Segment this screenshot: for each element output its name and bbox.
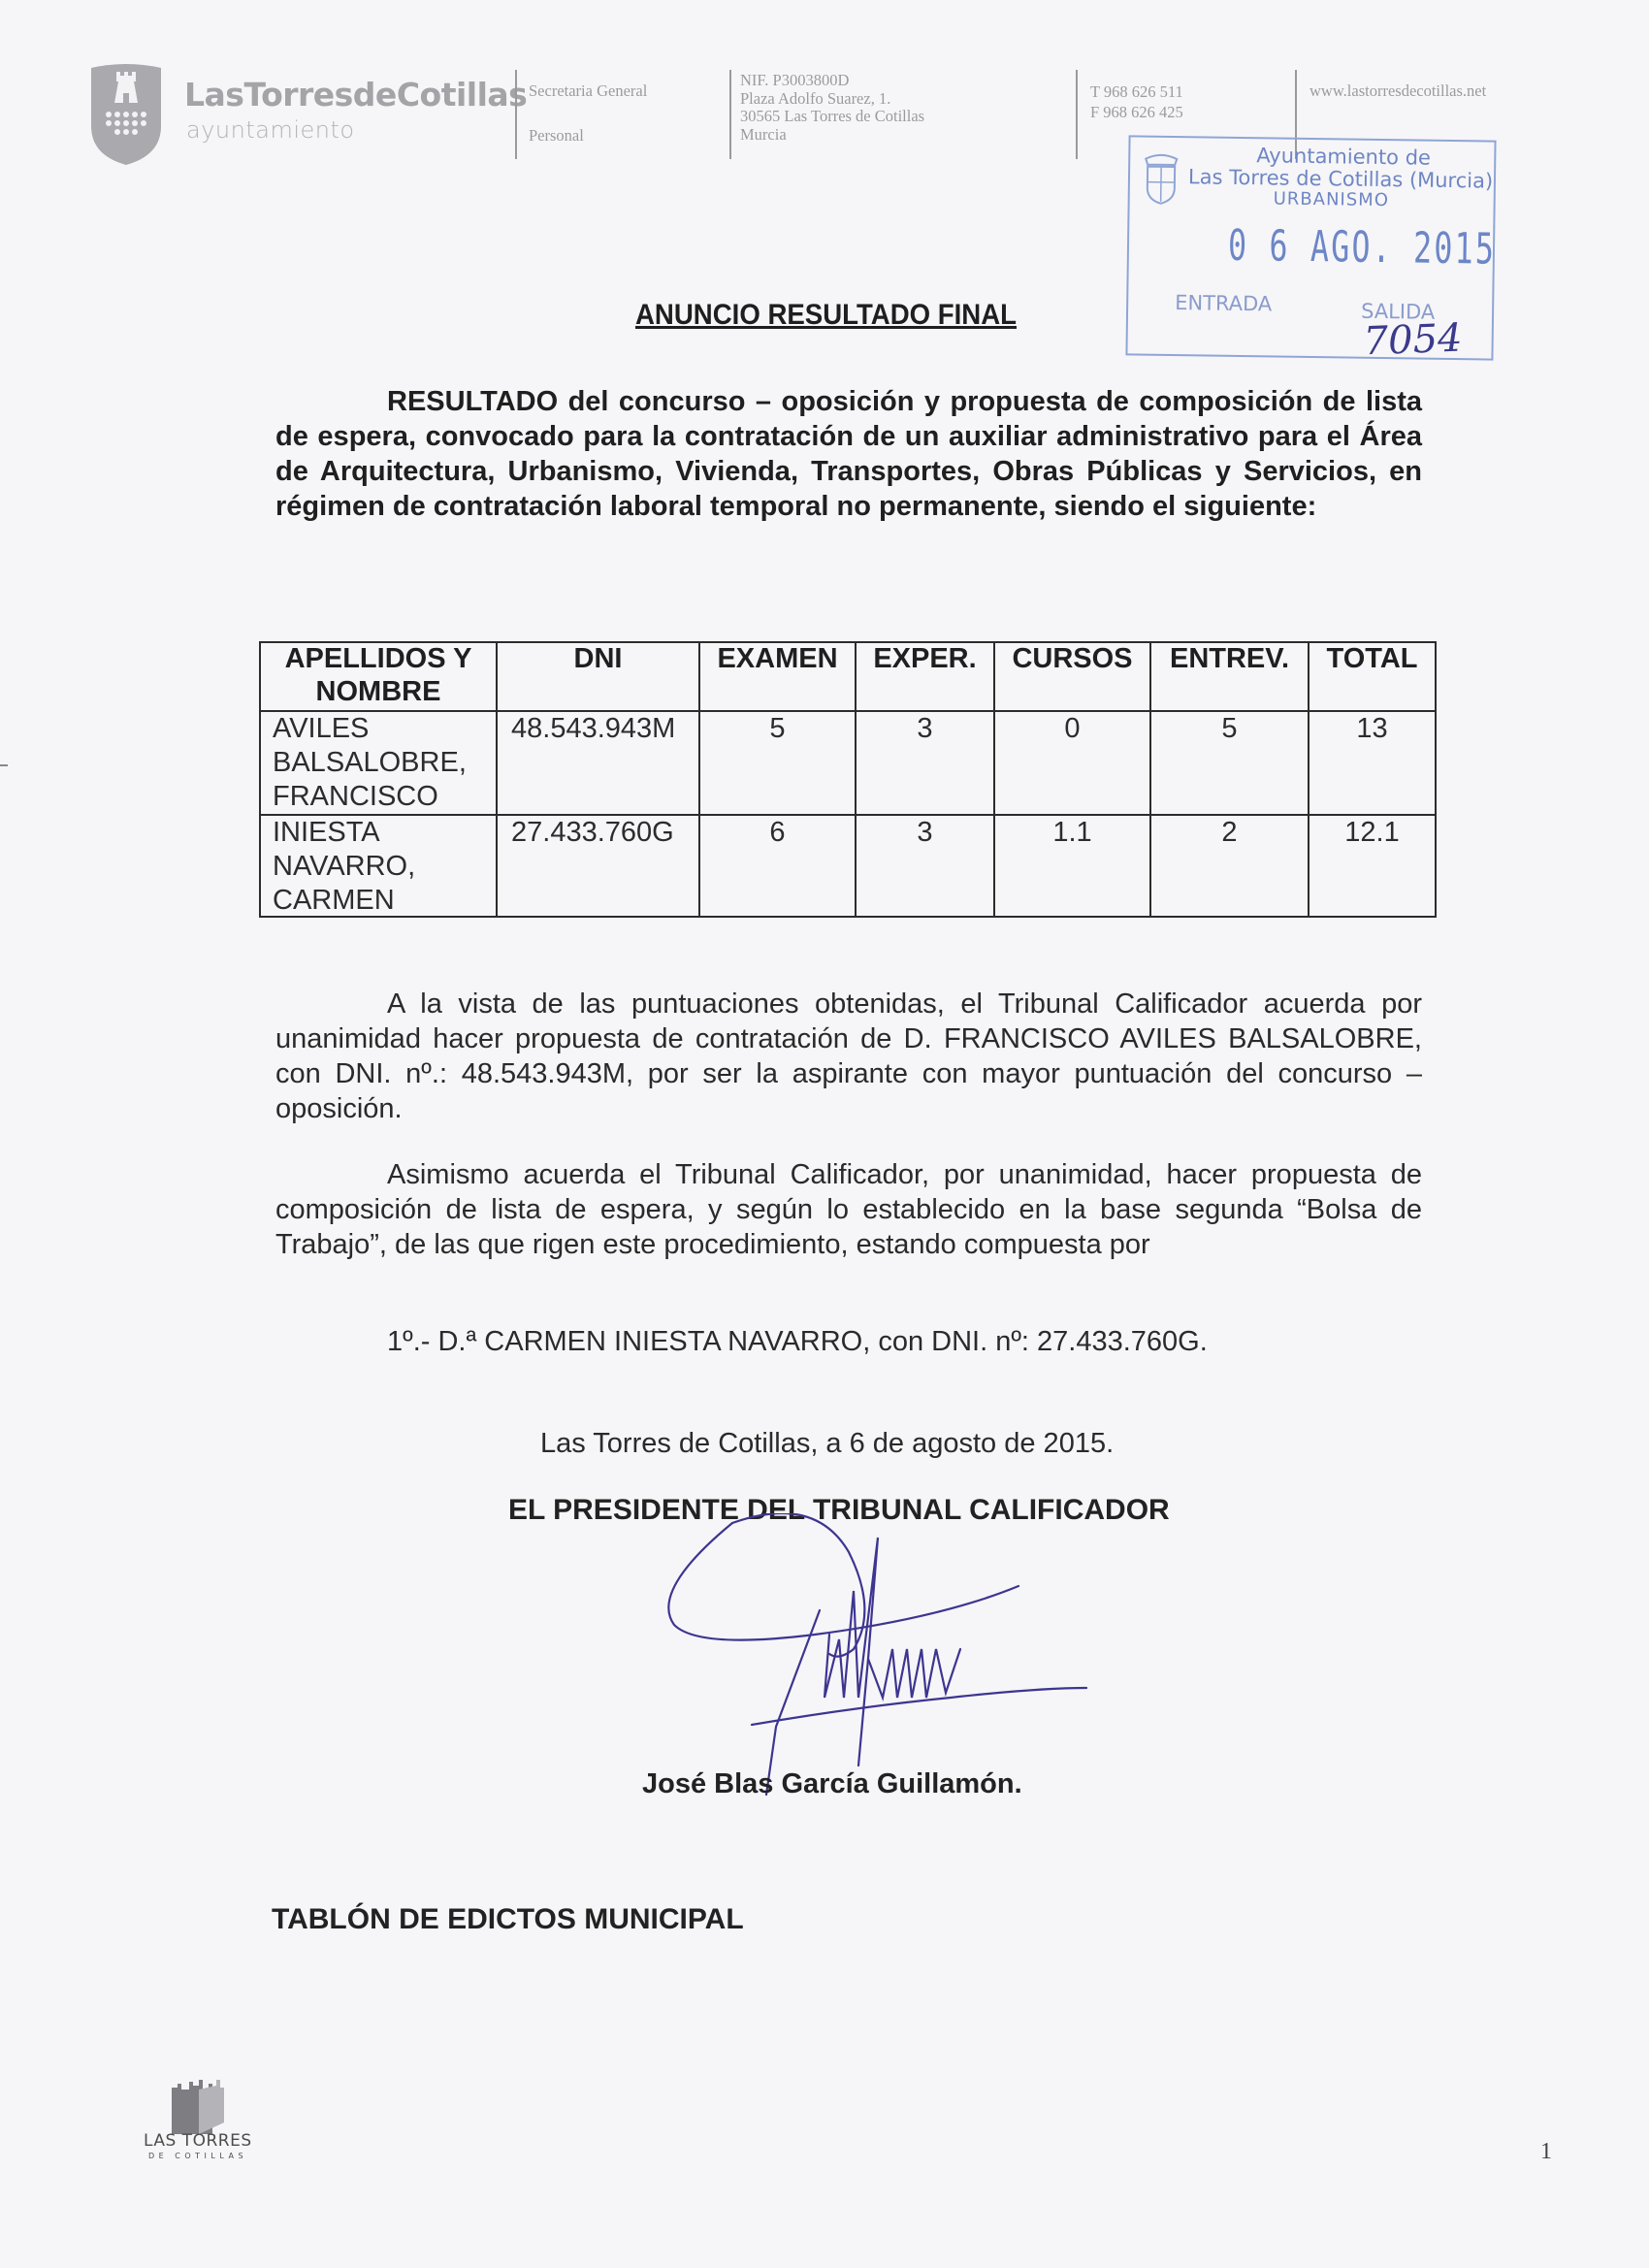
waiting-list-item: 1º.- D.ª CARMEN INIESTA NAVARRO, con DNI… bbox=[387, 1326, 1208, 1358]
website: www.lastorresdecotillas.net bbox=[1309, 81, 1486, 101]
footer-logo-subtitle: DE COTILLAS bbox=[148, 2152, 247, 2160]
table-cell-total: 12.1 bbox=[1309, 816, 1435, 850]
table-cell-total: 13 bbox=[1309, 712, 1435, 746]
fax: F 968 626 425 bbox=[1090, 102, 1183, 122]
table-cell-cursos: 1.1 bbox=[995, 816, 1149, 850]
table-cell-dni: 27.433.760G bbox=[511, 816, 674, 850]
header-exper: EXPER. bbox=[857, 642, 993, 676]
contact-block: T 968 626 511 F 968 626 425 bbox=[1090, 81, 1183, 122]
table-cell-entrev: 5 bbox=[1151, 712, 1308, 746]
registry-stamp: Ayuntamiento de Las Torres de Cotillas (… bbox=[1125, 135, 1496, 360]
scan-margin-mark bbox=[0, 764, 8, 766]
stamp-line-2: Las Torres de Cotillas (Murcia) bbox=[1188, 165, 1493, 192]
results-table: APELLIDOS Y NOMBRE DNI EXAMEN EXPER. CUR… bbox=[259, 641, 1437, 918]
table-cell-exper: 3 bbox=[857, 816, 993, 850]
castle-tower-icon bbox=[160, 2076, 238, 2134]
table-cell-cursos: 0 bbox=[995, 712, 1149, 746]
stamp-registry-number: 7054 bbox=[1363, 316, 1463, 365]
table-cell-examen: 6 bbox=[700, 816, 855, 850]
address-block: NIF. P3003800D Plaza Adolfo Suarez, 1. 3… bbox=[740, 72, 924, 144]
phone: T 968 626 511 bbox=[1090, 81, 1183, 102]
footer-logo-title: LAS TORRES bbox=[144, 2131, 252, 2151]
place-date: Las Torres de Cotillas, a 6 de agosto de… bbox=[540, 1428, 1114, 1460]
street: Plaza Adolfo Suarez, 1. bbox=[740, 90, 924, 109]
stamp-line-3: URBANISMO bbox=[1274, 188, 1390, 211]
divider bbox=[515, 70, 517, 159]
paragraph-proposal: A la vista de las puntuaciones obtenidas… bbox=[275, 987, 1422, 1126]
brand-name: LasTorresdeCotillas bbox=[184, 76, 527, 113]
city: 30565 Las Torres de Cotillas bbox=[740, 108, 924, 126]
divider bbox=[1076, 70, 1078, 159]
shield-tower-icon bbox=[87, 60, 165, 167]
table-row-name: AVILESBALSALOBRE,FRANCISCO bbox=[273, 712, 467, 814]
header-name: APELLIDOS Y NOMBRE bbox=[261, 642, 496, 708]
header-examen: EXAMEN bbox=[700, 642, 855, 676]
table-cell-entrev: 2 bbox=[1151, 816, 1308, 850]
header-entrev: ENTREV. bbox=[1151, 642, 1308, 676]
header-dni: DNI bbox=[498, 642, 698, 676]
page-number: 1 bbox=[1540, 2139, 1552, 2165]
table-cell-examen: 5 bbox=[700, 712, 855, 746]
stamp-date: 0 6 AGO. 2015 bbox=[1228, 221, 1497, 275]
table-row-name: INIESTANAVARRO,CARMEN bbox=[273, 816, 415, 918]
document-title: ANUNCIO RESULTADO FINAL bbox=[635, 299, 1017, 332]
intro-paragraph: RESULTADO del concurso – oposición y pro… bbox=[275, 384, 1422, 524]
signature-icon bbox=[660, 1513, 1106, 1804]
bulletin-board-label: TABLÓN DE EDICTOS MUNICIPAL bbox=[272, 1903, 744, 1936]
brand-subtitle: ayuntamiento bbox=[186, 116, 355, 144]
department-unit: Personal bbox=[529, 126, 584, 146]
header-cursos: CURSOS bbox=[995, 642, 1149, 676]
region: Murcia bbox=[740, 126, 924, 145]
divider bbox=[729, 70, 731, 159]
paragraph-waiting-list-text: Asimismo acuerda el Tribunal Calificador… bbox=[275, 1159, 1422, 1260]
table-cell-dni: 48.543.943M bbox=[511, 712, 675, 746]
table-cell-exper: 3 bbox=[857, 712, 993, 746]
intro-text: RESULTADO del concurso – oposición y pro… bbox=[275, 386, 1422, 522]
paragraph-proposal-text: A la vista de las puntuaciones obtenidas… bbox=[275, 988, 1422, 1124]
coat-of-arms-icon bbox=[1142, 151, 1181, 206]
stamp-entrada: ENTRADA bbox=[1175, 291, 1272, 315]
header-total: TOTAL bbox=[1309, 642, 1435, 676]
signer-name: José Blas García Guillamón. bbox=[642, 1768, 1022, 1800]
paragraph-waiting-list: Asimismo acuerda el Tribunal Calificador… bbox=[275, 1157, 1422, 1262]
nif: NIF. P3003800D bbox=[740, 72, 924, 90]
department-name: Secretaria General bbox=[529, 81, 647, 101]
